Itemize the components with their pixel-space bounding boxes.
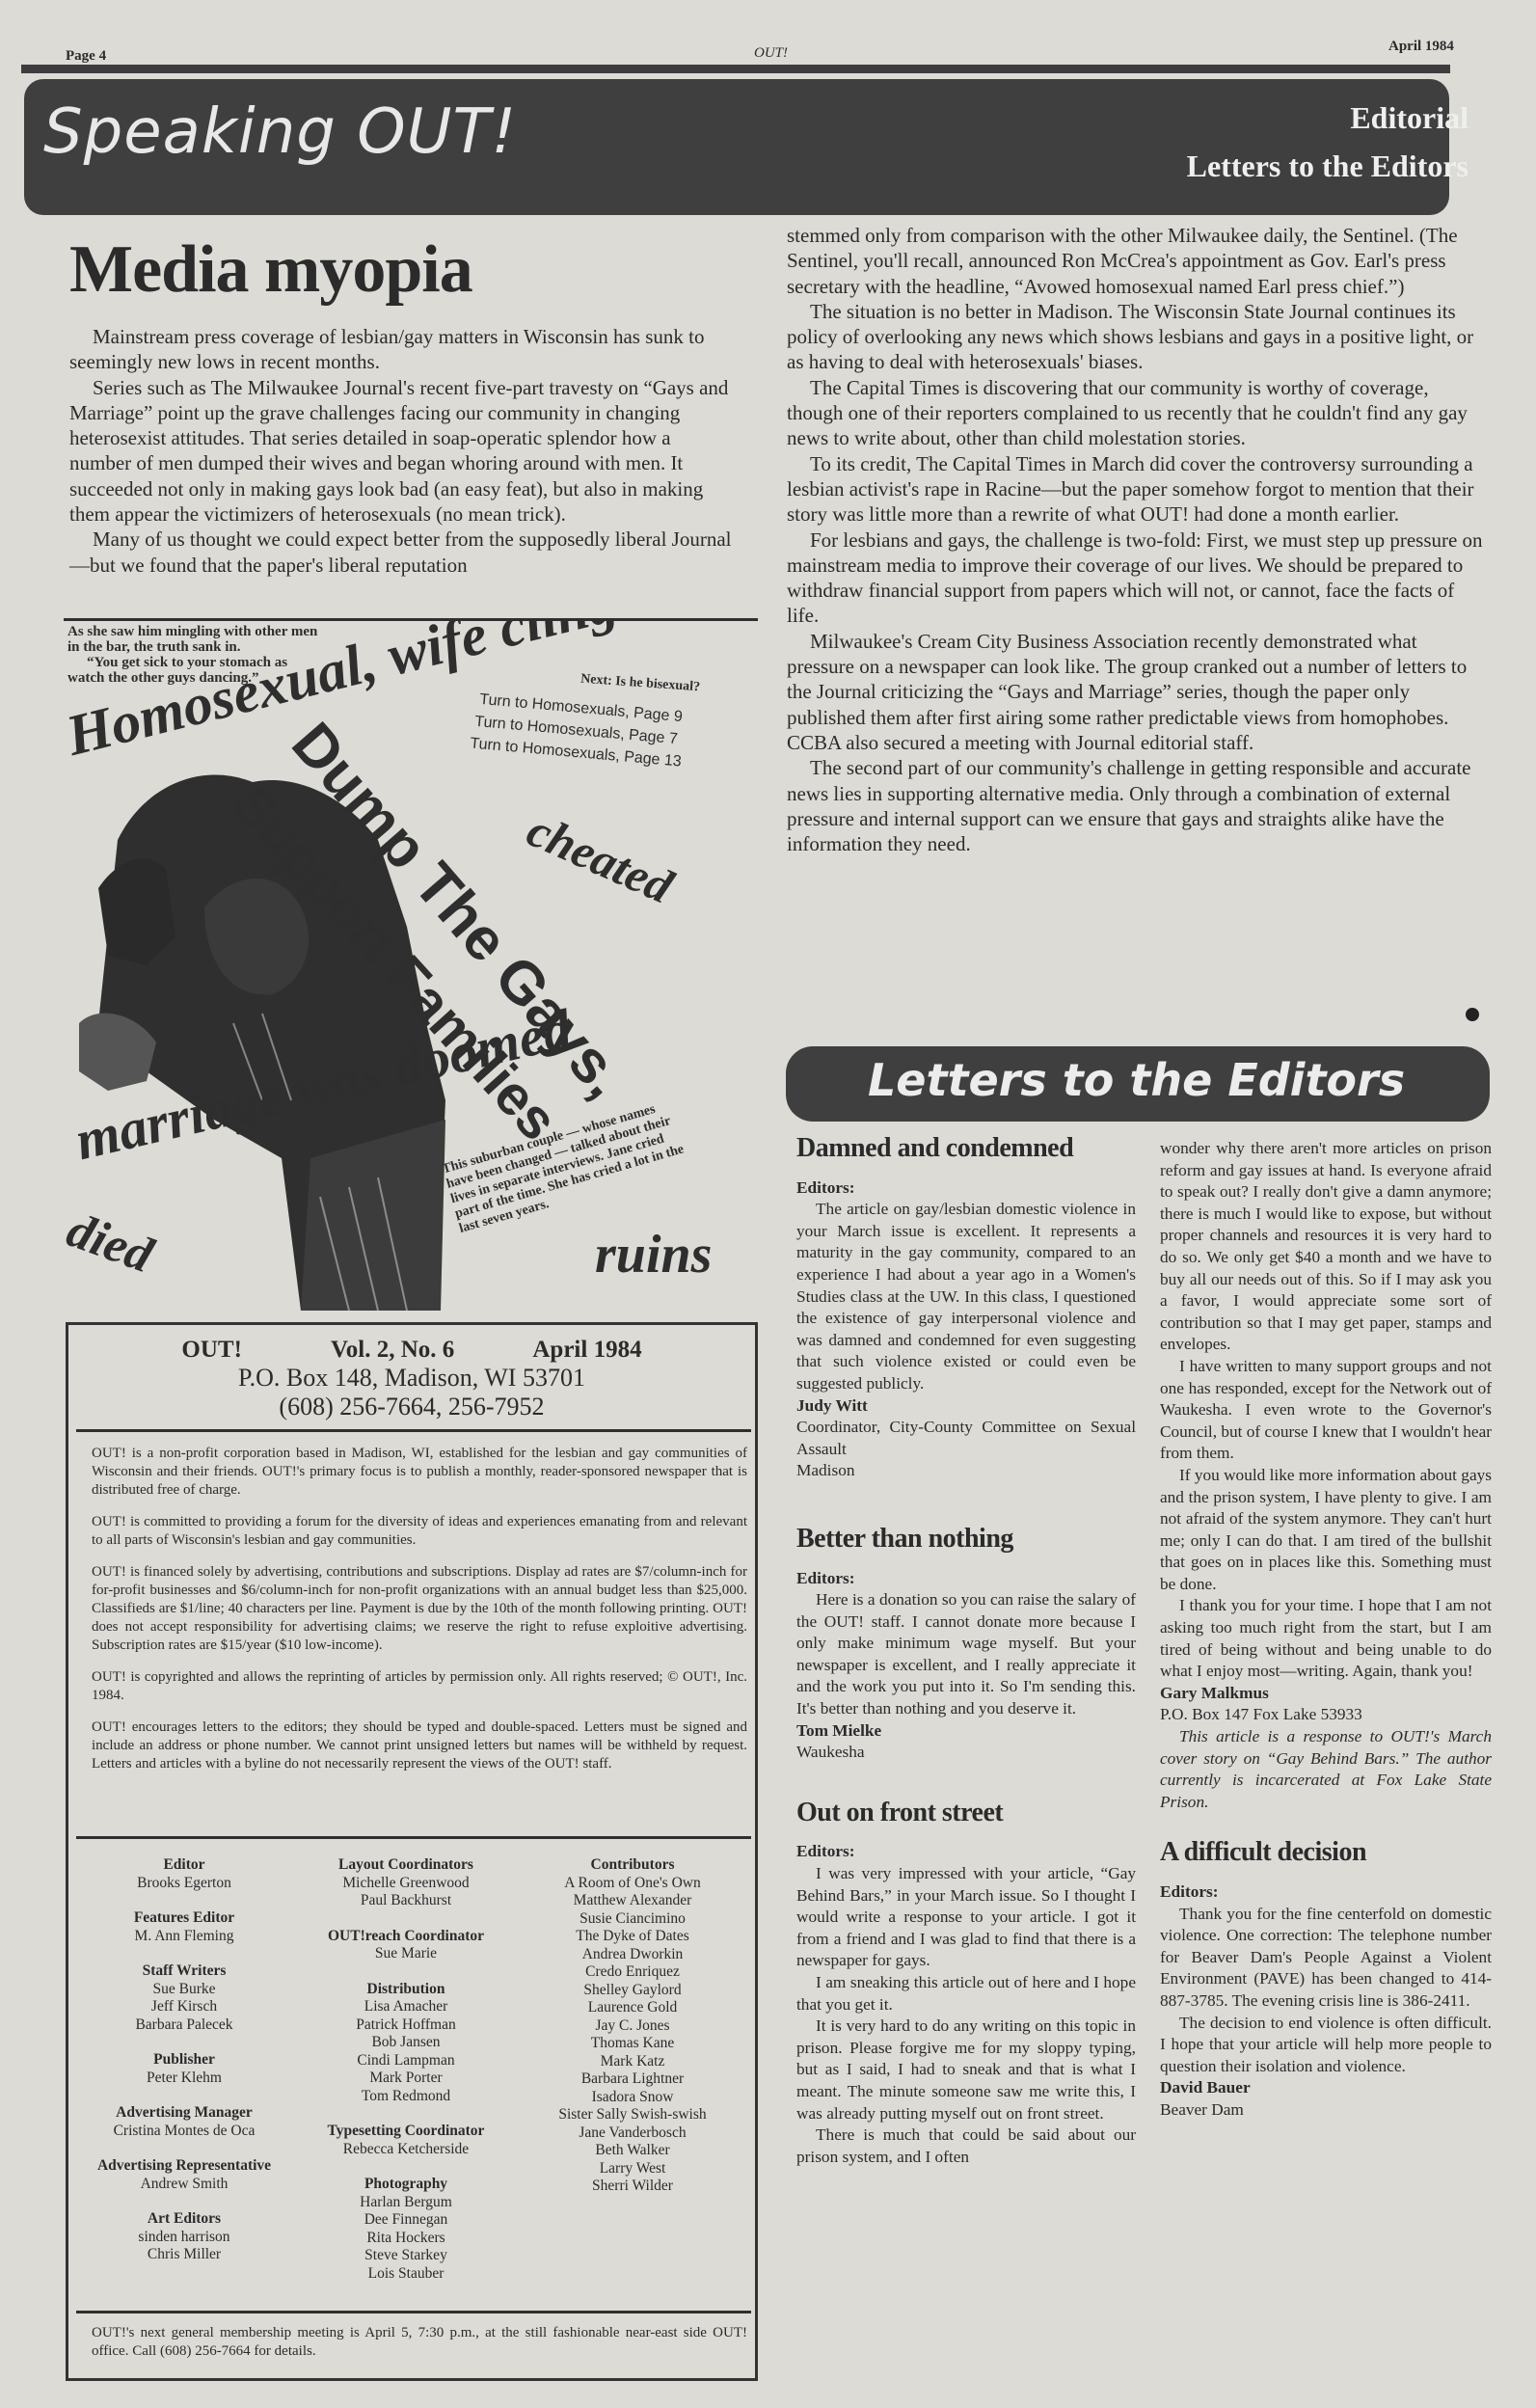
policy-paragraph: OUT! encourages letters to the editors; … (92, 1718, 747, 1773)
letter-salutation: Editors: (1160, 1881, 1492, 1904)
letter-signature: Tom Mielke (796, 1720, 1136, 1743)
staff-column-2: Layout CoordinatorsMichelle GreenwoodPau… (310, 1856, 502, 2300)
banner-section-letters: Letters to the Editors (1187, 149, 1469, 184)
letter-paragraph: I thank you for your time. I hope that I… (1160, 1595, 1492, 1682)
editorial-paragraph: Mainstream press coverage of lesbian/gay… (69, 324, 735, 375)
editorial-paragraph: To its credit, The Capital Times in Marc… (787, 451, 1489, 528)
policy-paragraph: OUT! is financed solely by advertising, … (92, 1563, 747, 1655)
editor-note: This article is a response to OUT!'s Mar… (1160, 1726, 1492, 1813)
letter-address: P.O. Box 147 Fox Lake 53933 (1160, 1704, 1492, 1726)
letter-damned-and-condemned: Damned and condemned Editors: The articl… (796, 1138, 1136, 1482)
letters-column-left: Damned and condemned Editors: The articl… (796, 1138, 1136, 2168)
policy-paragraph: OUT! is copyrighted and allows the repri… (92, 1668, 747, 1705)
letter-signature: Gary Malkmus (1160, 1683, 1492, 1705)
letter-salutation: Editors: (796, 1177, 1136, 1200)
letter-title: Better than nothing (796, 1529, 1136, 1551)
letter-paragraph: I have written to many support groups an… (1160, 1356, 1492, 1465)
editorial-headline: Media myopia (69, 231, 472, 309)
letter-salutation: Editors: (796, 1841, 1136, 1863)
meeting-note: OUT!'s next general membership meeting i… (92, 2324, 747, 2361)
letter-affiliation: Coordinator, City-County Committee on Se… (796, 1417, 1136, 1460)
letters-column-right: wonder why there aren't more articles on… (1160, 1138, 1492, 2122)
editorial-paragraph: stemmed only from comparison with the ot… (787, 223, 1489, 299)
editorial-paragraph: The Capital Times is discovering that ou… (787, 375, 1489, 451)
letter-out-on-front-street: Out on front street Editors: I was very … (796, 1802, 1136, 2169)
letter-paragraph: The article on gay/lesbian domestic viol… (796, 1199, 1136, 1394)
masthead-header: OUT! Vol. 2, No. 6 April 1984 P.O. Box 1… (68, 1337, 755, 1421)
letter-paragraph: I am sneaking this article out of here a… (796, 1972, 1136, 2016)
masthead-date: April 1984 (532, 1337, 641, 1363)
letter-location: Beaver Dam (1160, 2099, 1492, 2122)
staff-rule-top (76, 1836, 751, 1839)
editorial-paragraph: Series such as The Milwaukee Journal's r… (69, 375, 735, 528)
editorial-paragraph: The second part of our community's chall… (787, 755, 1489, 856)
policy-paragraph: OUT! is a non-profit corporation based i… (92, 1445, 747, 1500)
editorial-paragraph: Milwaukee's Cream City Business Associat… (787, 629, 1489, 755)
letter-out-on-front-street-continued: wonder why there aren't more articles on… (1160, 1138, 1492, 1813)
letter-better-than-nothing: Better than nothing Editors: Here is a d… (796, 1529, 1136, 1764)
letter-paragraph: I was very impressed with your article, … (796, 1863, 1136, 1972)
page-number: Page 4 (66, 48, 106, 65)
top-rule (21, 65, 1450, 73)
masthead-name: OUT! (181, 1337, 242, 1363)
letter-title: A difficult decision (1160, 1842, 1492, 1864)
letter-salutation: Editors: (796, 1568, 1136, 1590)
letter-signature: Judy Witt (796, 1395, 1136, 1418)
letter-signature: David Bauer (1160, 2077, 1492, 2099)
editorial-paragraph: Many of us thought we could expect bette… (69, 527, 735, 578)
publication-name: OUT! (754, 45, 788, 62)
masthead-address: P.O. Box 148, Madison, WI 53701 (68, 1364, 755, 1393)
collage-ruins: ruins (595, 1224, 712, 1285)
staff-column-1: EditorBrooks Egerton Features EditorM. A… (88, 1856, 281, 2282)
letter-title: Out on front street (796, 1802, 1136, 1825)
letter-paragraph: There is much that could be said about o… (796, 2124, 1136, 2168)
letter-title: Damned and condemned (796, 1138, 1136, 1160)
letter-paragraph: If you would like more information about… (1160, 1465, 1492, 1596)
end-mark-icon (1466, 1008, 1479, 1021)
masthead-volume: Vol. 2, No. 6 (331, 1337, 454, 1363)
letter-paragraph: wonder why there aren't more articles on… (1160, 1138, 1492, 1356)
staff-rule-bottom (76, 2311, 751, 2313)
banner-section-editorial: Editorial (1350, 100, 1469, 136)
letter-paragraph: Here is a donation so you can raise the … (796, 1589, 1136, 1720)
masthead-policy: OUT! is a non-profit corporation based i… (92, 1445, 747, 1787)
editorial-right-column: stemmed only from comparison with the ot… (787, 223, 1489, 856)
letter-a-difficult-decision: A difficult decision Editors: Thank you … (1160, 1842, 1492, 2121)
staff-column-3: Contributors A Room of One's OwnMatthew … (526, 1856, 739, 2213)
letter-location: Waukesha (796, 1742, 1136, 1764)
editorial-left-column: Mainstream press coverage of lesbian/gay… (69, 324, 735, 578)
headline-collage-illustration: As she saw him mingling with other men i… (60, 618, 754, 1311)
letter-paragraph: Thank you for the fine centerfold on dom… (1160, 1904, 1492, 2013)
policy-paragraph: OUT! is committed to providing a forum f… (92, 1513, 747, 1550)
masthead-rule (76, 1429, 751, 1432)
letters-banner-title: Letters to the Editors (868, 1054, 1405, 1106)
letter-paragraph: It is very hard to do any writing on thi… (796, 2016, 1136, 2124)
masthead-phone: (608) 256-7664, 256-7952 (68, 1393, 755, 1421)
editorial-paragraph: For lesbians and gays, the challenge is … (787, 528, 1489, 629)
letters-banner: Letters to the Editors (786, 1046, 1490, 1122)
banner-title: Speaking OUT! (43, 96, 517, 168)
issue-date: April 1984 (1388, 39, 1454, 55)
masthead-box: OUT! Vol. 2, No. 6 April 1984 P.O. Box 1… (66, 1322, 758, 2381)
editorial-paragraph: The situation is no better in Madison. T… (787, 299, 1489, 375)
letter-paragraph: The decision to end violence is often di… (1160, 2013, 1492, 2078)
letter-location: Madison (796, 1460, 1136, 1482)
